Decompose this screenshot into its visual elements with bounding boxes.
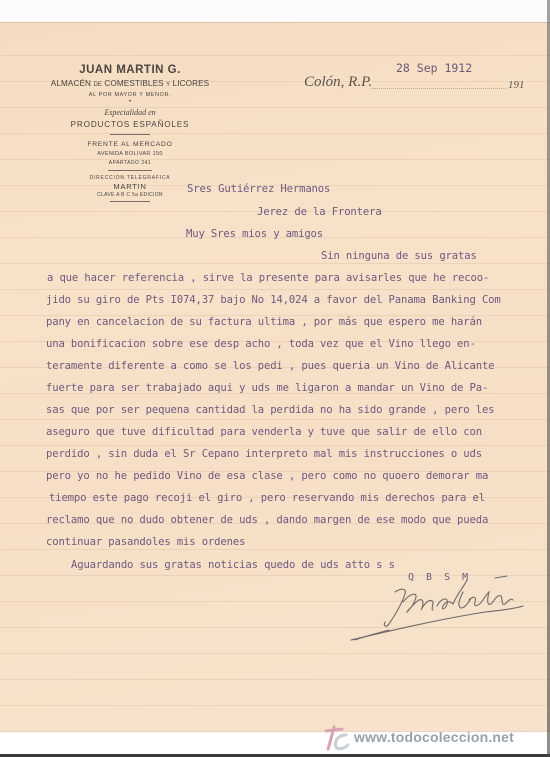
place-of-writing: Colón, R.P. <box>304 74 372 91</box>
recipient-city: Jerez de la Frontera <box>257 206 382 218</box>
letterhead-wholesale-line: AL POR MAYOR Y MENOR. <box>40 92 220 98</box>
body-line: una bonificacion sobre ese desp acho , t… <box>46 338 476 350</box>
year-prefix: 191 <box>508 79 525 91</box>
body-line: aseguro que tuve dificultad para venderl… <box>46 426 482 438</box>
body-line: teramente diferente a como se los pedi ,… <box>46 360 494 372</box>
watermark-text: www.todocoleccion.net <box>354 729 514 745</box>
date-dotted-line <box>371 88 506 89</box>
letterhead-word: LICORES <box>173 79 210 88</box>
body-line: jido su giro de Pts I074,37 bajo No 14,0… <box>46 294 501 306</box>
body-line: a que hacer referencia , sirve la presen… <box>47 272 489 284</box>
letterhead-location: FRENTE AL MERCADO <box>40 141 220 148</box>
letterhead-business-line: ALMACÉN DE COMESTIBLES Y LICORES <box>20 79 240 88</box>
letterhead-word: Y <box>166 82 170 88</box>
body-line: pero yo no he pedido Vino de esa clase ,… <box>46 470 488 482</box>
letterhead-po-box: APARTADO 241 <box>40 160 220 166</box>
letterhead-address: AVENIDA BOLIVAR 150 <box>40 151 220 157</box>
body-line: fuerte para ser trabajado aqui y uds me … <box>46 382 488 394</box>
body-line: perdido , sin duda el Sr Cepano interpre… <box>46 448 482 460</box>
letterhead-divider <box>110 134 150 135</box>
body-line: reclamo que no dudo obtener de uds , dan… <box>46 514 488 526</box>
letter-date: 28 Sep 1912 <box>396 61 472 75</box>
body-line: sas que por ser pequena cantidad la perd… <box>46 404 494 416</box>
watermark: www.todocoleccion.net <box>322 722 514 752</box>
letterhead-divider <box>108 170 152 171</box>
body-line: Sin ninguna de sus gratas <box>321 250 477 262</box>
todocoleccion-logo-icon <box>322 723 350 751</box>
body-line: continuar pasandoles mis ordenes <box>46 536 245 548</box>
letterhead-specialty-label: Especialidad en <box>40 108 220 117</box>
salutation: Muy Sres mios y amigos <box>186 228 323 240</box>
letterhead-word: ALMACÉN <box>51 79 91 88</box>
body-line: tiempo este pago recoji el giro , pero r… <box>49 492 485 504</box>
letterhead-telegraph-label: DIRECCION TELEGRAFICA <box>40 175 220 181</box>
recipient-name: Sres Gutiérrez Hermanos <box>187 183 330 195</box>
letterhead-specialty: PRODUCTOS ESPAÑOLES <box>40 120 220 129</box>
letterhead-word: DE <box>93 82 102 88</box>
letterhead-divider <box>110 201 150 202</box>
scan-top-margin <box>0 0 550 22</box>
letterhead-word: COMESTIBLES <box>104 79 163 88</box>
letterhead-ornament-dot: • <box>125 99 135 105</box>
handwritten-signature <box>345 570 530 645</box>
letterhead-company-name: JUAN MARTIN G. <box>40 64 220 76</box>
body-line: pany en cancelacion de su factura ultima… <box>46 316 482 328</box>
